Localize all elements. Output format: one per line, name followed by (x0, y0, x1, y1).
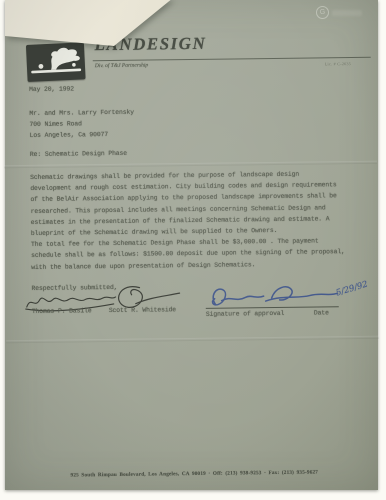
body-paragraphs: Schematic drawings shall be provided for… (30, 168, 345, 273)
recipient-block: Mr. and Mrs. Larry Fortensky 700 Nimes R… (29, 107, 134, 141)
overlapping-paper-corner (5, 0, 225, 62)
scanned-letter: LANDESIGN Div. of T&J Partnership Lic. #… (0, 0, 386, 500)
recipient-name: Mr. and Mrs. Larry Fortensky (29, 107, 134, 119)
fold-crease-bottom (6, 336, 379, 344)
approval-caption: Signature of approval (206, 310, 285, 318)
date-caption: Date (314, 309, 329, 316)
license-text: Lic. # C-2635 (325, 61, 351, 66)
watermark-logo-icon: G (316, 6, 362, 19)
fold-crease-top (4, 161, 377, 169)
signer-name-thomas: Thomas P. Basile (32, 307, 92, 315)
signer-name-scott: Scott R. Whiteside (109, 306, 176, 314)
subject-line: Re: Schematic Design Phase (30, 150, 127, 158)
letter-content: LANDESIGN Div. of T&J Partnership Lic. #… (2, 0, 381, 492)
letter-paper: LANDESIGN Div. of T&J Partnership Lic. #… (5, 0, 378, 490)
letter-date: May 20, 1992 (29, 85, 74, 93)
division-line: Div. of T&J Partnership (95, 63, 148, 70)
recipient-city: Los Angeles, Ca 90077 (30, 129, 135, 141)
footer-address: 925 South Rimpau Boulevard, Los Angeles,… (8, 469, 381, 480)
